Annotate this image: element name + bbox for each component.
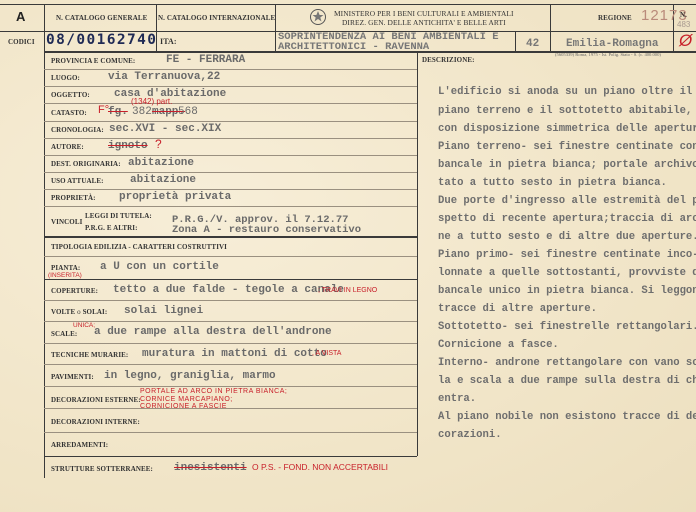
vincoli-value2: Zona A - restauro conservativo: [172, 224, 361, 236]
volte-label-b: SOLAI:: [83, 308, 108, 316]
description-line: spetto di recente apertura;traccia di ar…: [438, 213, 696, 225]
col-sop-right: [515, 31, 516, 52]
row-divider: [44, 321, 417, 322]
arredamenti-label: ARREDAMENTI:: [51, 441, 108, 449]
ita-label: ITA:: [160, 37, 177, 46]
description-line: entra.: [438, 393, 476, 405]
tipologia-heading: TIPOLOGIA EDILIZIA - CARATTERI COSTRUTTI…: [51, 243, 227, 251]
row-divider: [44, 408, 417, 409]
volte-label: VOLTE o SOLAI:: [51, 308, 107, 316]
proprieta-value: proprietà privata: [119, 191, 231, 203]
autore-label: AUTORE:: [51, 143, 84, 151]
row-divider: [44, 86, 417, 87]
tecniche-hand-note: , A VISTA: [312, 350, 341, 357]
description-line: lonnate a quelle sottostanti, provviste …: [438, 267, 696, 279]
dest-originaria-value: abitazione: [128, 157, 194, 169]
strutture-label: STRUTTURE SOTTERRANEE:: [51, 465, 153, 473]
descrizione-label: DESCRIZIONE:: [422, 56, 475, 64]
decorazioni-esterne-hand2: CORNICE MARCAPIANO;: [140, 396, 233, 403]
vincoli-sub1: LEGGI DI TUTELA:: [85, 212, 152, 220]
regione-value: Emilia-Romagna: [566, 38, 658, 50]
catasto-fg-struck: fg.: [108, 106, 128, 118]
row-divider: [44, 300, 417, 301]
decorazioni-interne-label: DECORAZIONI INTERNE:: [51, 418, 140, 426]
ministry-line2: DIREZ. GEN. DELLE ANTICHITA' E BELLE ART…: [342, 18, 506, 27]
row-divider: [44, 206, 417, 207]
coperture-hand-note: ; TRAVI IN LEGNO: [318, 287, 377, 294]
pianta-hand-note: (INSERITA): [48, 272, 82, 279]
catasto-value1: 382: [132, 106, 152, 118]
description-line: Al piano nobile non esistono tracce di d…: [438, 411, 696, 423]
catalogo-generale-label: N. CATALOGO GENERALE: [56, 14, 147, 22]
pianta-value: a U con un cortile: [100, 261, 219, 273]
section-letter: A: [16, 9, 25, 24]
row-divider: [44, 364, 417, 365]
description-line: bancale unico in pietra bianca. Si leggo…: [438, 285, 696, 297]
description-line: piano terreno e il sottotetto abitabile,: [438, 105, 692, 117]
pavimenti-value: in legno, graniglia, marmo: [104, 370, 276, 382]
row-divider: [44, 189, 417, 190]
vincoli-sub2: P.R.G. E ALTRI:: [85, 224, 138, 232]
republic-emblem-icon: [309, 7, 327, 27]
print-note: (5605339) Roma, 1975 - Ist. Polig. Stato…: [555, 52, 661, 57]
scale-label: SCALE:: [51, 330, 77, 338]
region-code: 42: [526, 38, 539, 50]
description-line: corazioni.: [438, 429, 502, 441]
description-line: Cornicione a fasce.: [438, 339, 559, 351]
row-divider: [44, 155, 417, 156]
description-line: L'edificio si anoda su un piano oltre il: [438, 86, 692, 98]
provincia-value: FE - FERRARA: [166, 54, 245, 66]
uso-attuale-value: abitazione: [130, 174, 196, 186]
codici-label: CODICI: [8, 38, 35, 46]
luogo-label: LUOGO:: [51, 74, 80, 82]
row-divider: [44, 69, 417, 70]
description-line: ne a tutto sesto e di altre due aperture…: [438, 231, 696, 243]
row-divider: [44, 386, 417, 387]
tecniche-value: muratura in mattoni di cotto: [142, 348, 327, 360]
vincoli-label: VINCOLI: [51, 218, 82, 226]
description-line: Sottotetto- sei finestrelle rettangolari…: [438, 321, 696, 333]
description-line: tato a tutto sesto in pietra bianca.: [438, 177, 667, 189]
strutture-hand-note: O P.S. - FOND. NON ACCERTABILI: [252, 462, 388, 472]
catasto-label: CATASTO:: [51, 109, 87, 117]
decorazioni-esterne-hand1: PORTALE AD ARCO IN PIETRA BIANCA;: [140, 388, 287, 395]
row-divider: [44, 172, 417, 173]
row-divider: [44, 432, 417, 433]
catasto-hand-note: (1342) part.: [131, 97, 172, 106]
n-label: N.: [680, 11, 687, 19]
uso-attuale-label: USO ATTUALE:: [51, 177, 104, 185]
description-line: la e scala a due rampe sulla destra di c…: [438, 375, 696, 387]
description-line: Due porte d'ingresso alle estremità del …: [438, 195, 696, 207]
catalogo-internazionale-label: N. CATALOGO INTERNAZIONALE: [158, 14, 275, 22]
volte-value: solai lignei: [124, 305, 203, 317]
description-line: con disposizione simmetrica delle apertu…: [438, 123, 696, 135]
n-handwritten: 483: [677, 20, 690, 29]
scale-hand-note: UNICA;: [73, 322, 95, 329]
description-line: Interno- androne rettangolare con vano s…: [438, 357, 696, 369]
proprieta-label: PROPRIETÀ:: [51, 194, 96, 202]
volte-label-o: o: [77, 308, 81, 316]
row-divider: [44, 256, 417, 257]
decorazioni-esterne-hand3: CORNICIONE A FASCIE: [140, 403, 227, 410]
cronologia-value: sec.XVI - sec.XIX: [109, 123, 221, 135]
col-region-left: [550, 4, 551, 52]
description-line: tracce di altre aperture.: [438, 303, 597, 315]
regione-label: REGIONE: [598, 14, 632, 22]
pianta-label: PIANTA:: [51, 264, 80, 272]
volte-label-a: VOLTE: [51, 308, 75, 316]
description-line: Piano primo- sei finestre centinate inco…: [438, 249, 696, 261]
row-divider: [44, 343, 417, 344]
row-divider: [44, 138, 417, 139]
strutture-left-border: [44, 456, 45, 478]
pavimenti-label: PAVIMENTI:: [51, 373, 94, 381]
luogo-value: via Terranuova,22: [108, 71, 220, 83]
dest-originaria-label: DEST. ORIGINARIA:: [51, 160, 121, 168]
col-catint-right: [275, 4, 276, 52]
scale-value: a due rampe alla destra dell'androne: [94, 326, 332, 338]
coperture-label: COPERTURE:: [51, 287, 98, 295]
tecniche-label: TECNICHE MURARIE:: [51, 351, 128, 359]
strutture-value-struck: inesistenti: [174, 462, 247, 474]
provincia-label: PROVINCIA E COMUNE:: [51, 57, 135, 65]
n-value-handwritten: Ø: [679, 31, 692, 51]
soprintendenza-line2: ARCHITETTONICI - RAVENNA: [278, 41, 429, 53]
description-line: Piano terreno- sei finestre centinate co…: [438, 141, 696, 153]
row-divider: [44, 279, 417, 280]
coperture-value: tetto a due falde - tegole a canale: [113, 284, 344, 296]
autore-value-struck: ignoto: [108, 140, 148, 152]
cronologia-label: CRONOLOGIA:: [51, 126, 104, 134]
top-border: [0, 4, 696, 5]
catalogo-generale-value: 08/00162740: [46, 32, 157, 48]
ministry-line1: MINISTERO PER I BENI CULTURALI E AMBIENT…: [334, 9, 514, 18]
section-divider: [44, 236, 417, 238]
description-line: bancale in pietra bianca; portale archiv…: [438, 159, 696, 171]
row-divider: [44, 456, 417, 457]
decorazioni-esterne-label: DECORAZIONI ESTERNE:: [51, 396, 141, 404]
row-divider: [44, 121, 417, 122]
col-left-border: [44, 4, 45, 456]
autore-hand-note: ?: [155, 137, 162, 151]
col-desc-left: [417, 52, 418, 456]
catasto-value2: 568: [178, 106, 198, 118]
oggetto-label: OGGETTO:: [51, 91, 90, 99]
